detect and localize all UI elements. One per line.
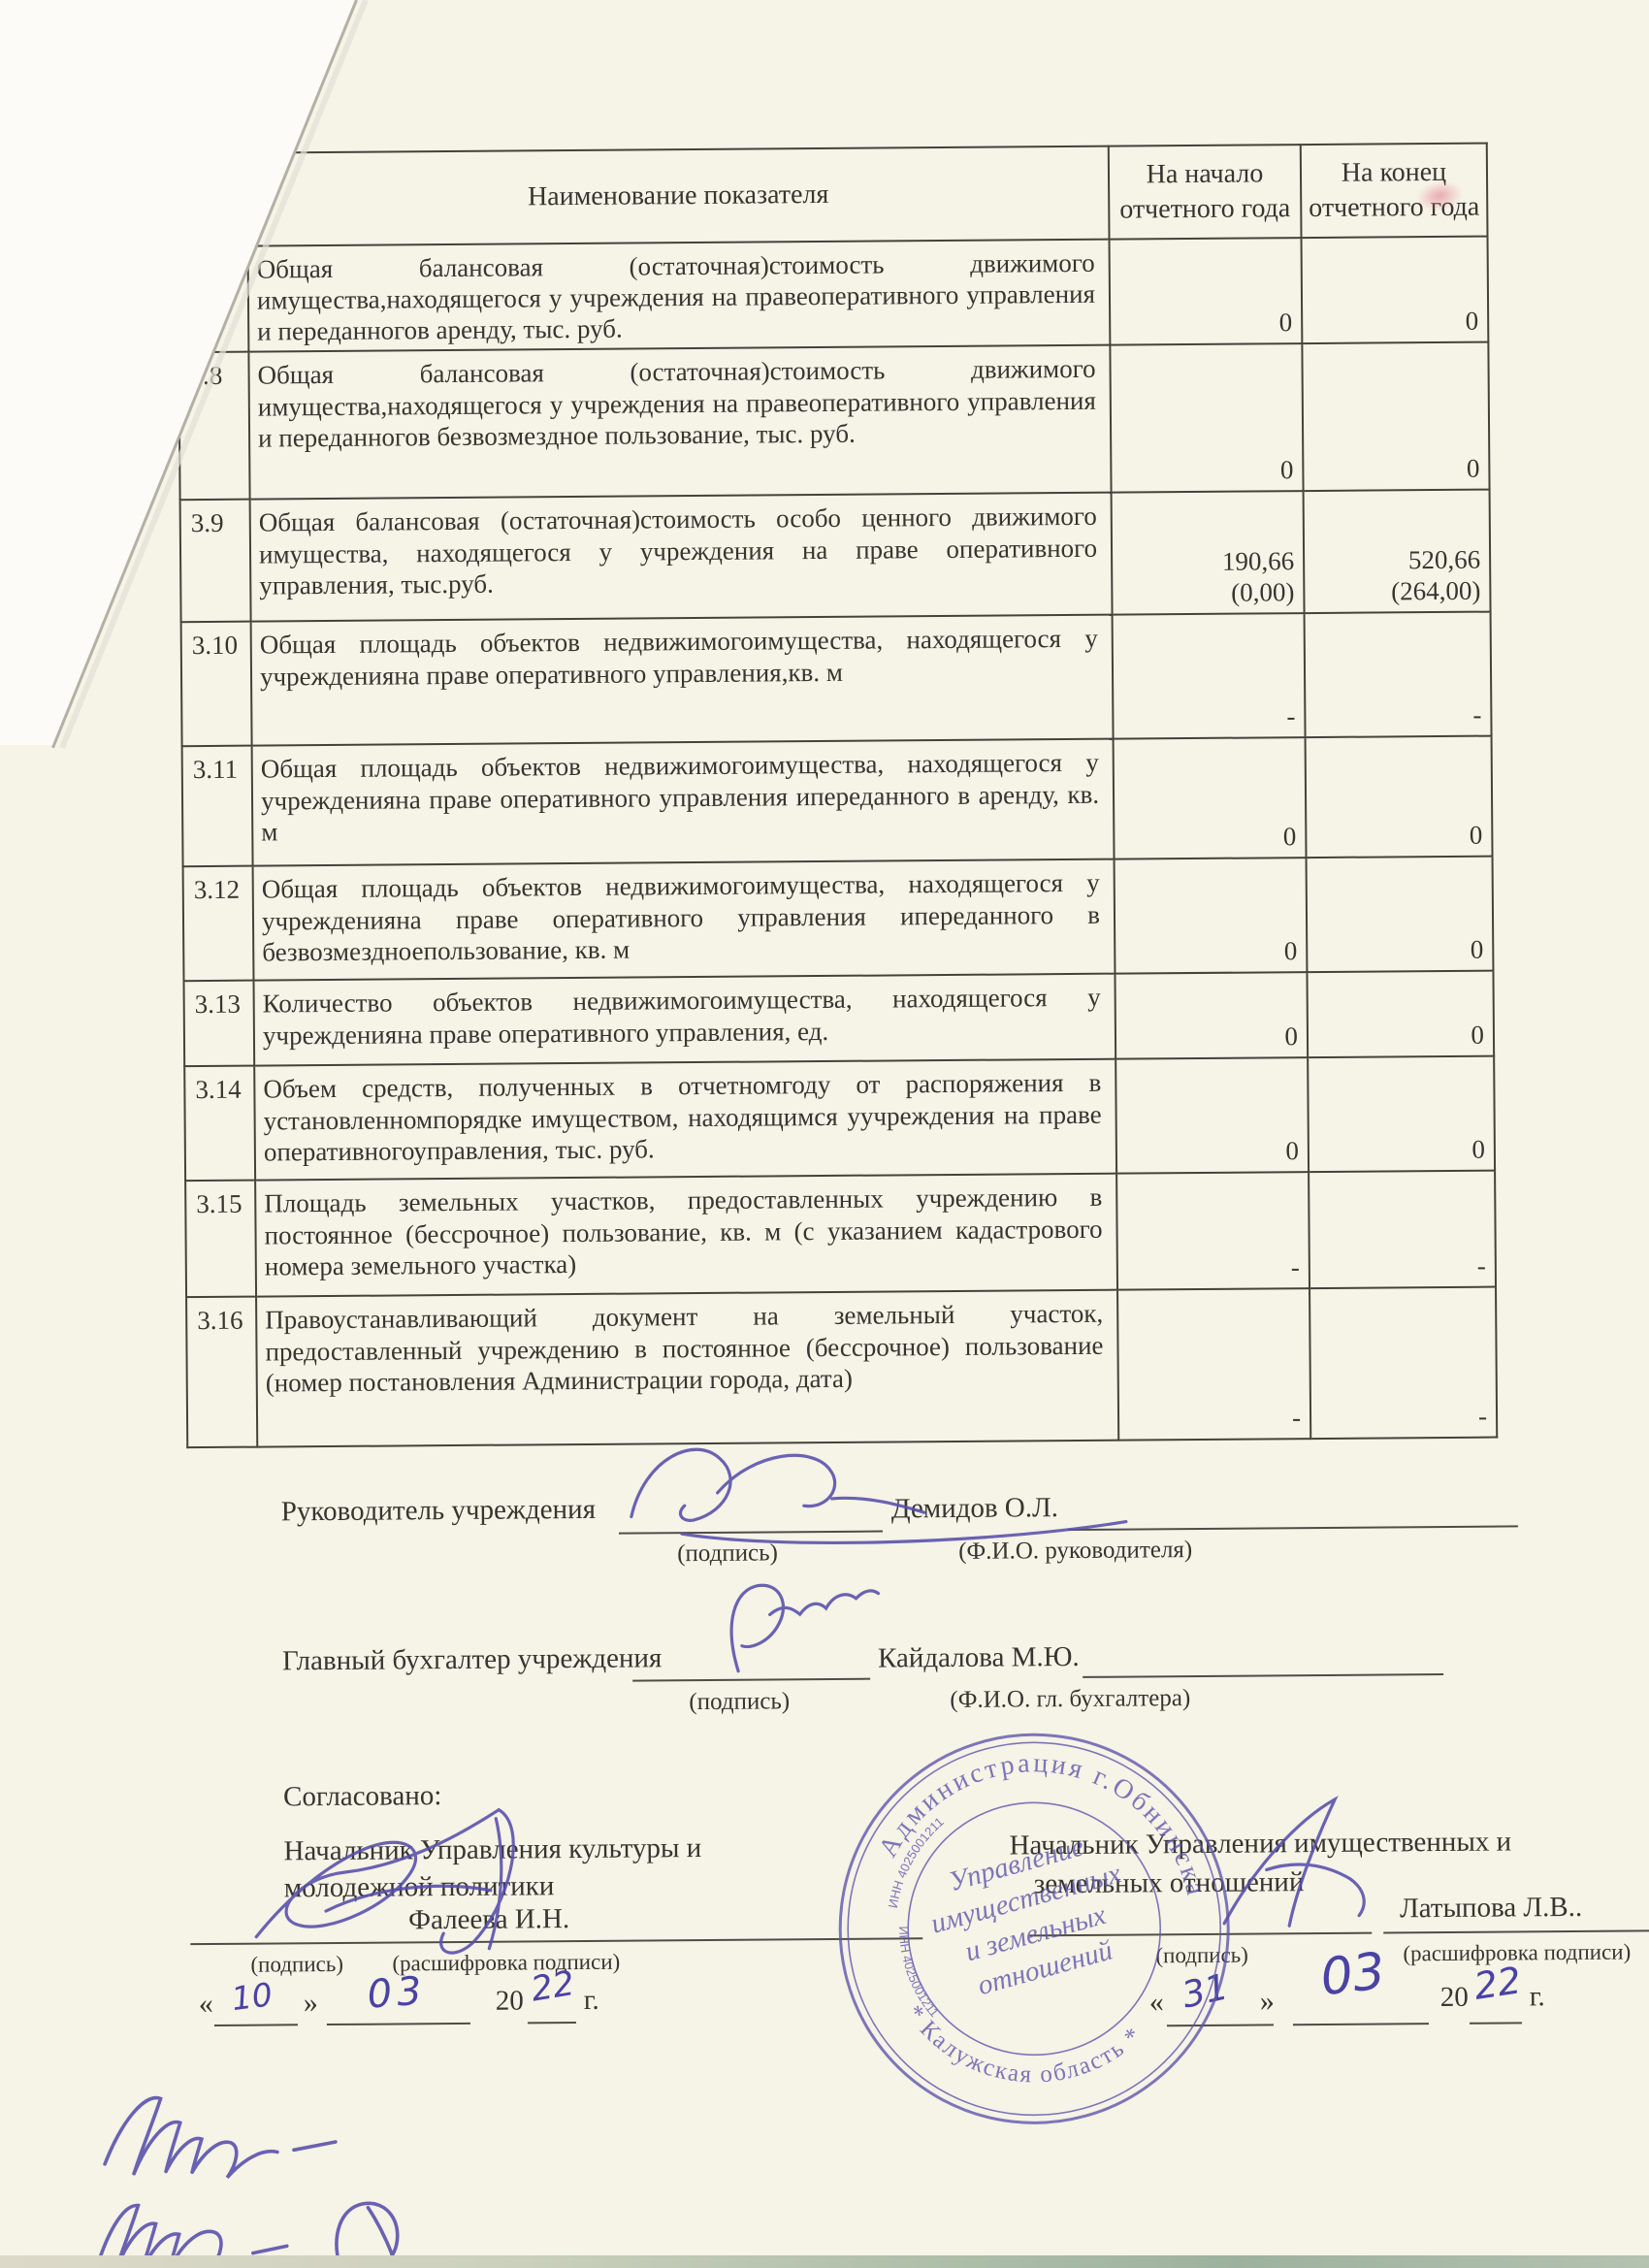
value-end-cell: 0: [1306, 736, 1493, 859]
fio-caption: (Ф.И.О. гл. бухгалтера): [950, 1685, 1190, 1714]
date-line: [214, 2024, 298, 2026]
document-content: N п/п Наименование показателя На начало …: [0, 0, 1649, 2268]
scanned-document-page: N п/п Наименование показателя На начало …: [0, 0, 1649, 2268]
indicator-name-cell: Общая балансовая (остаточная)стоимость о…: [250, 493, 1113, 622]
indicator-name-cell: Объем средств, полученных в отчетномгоду…: [254, 1059, 1116, 1181]
decryption-caption: (расшифровка подписи): [392, 1950, 620, 1977]
signature-mark-accountant: [731, 1584, 879, 1670]
signature-caption: (подпись): [677, 1539, 778, 1568]
handwritten-year: 22: [529, 1964, 578, 2010]
value-end-cell: -: [1309, 1171, 1496, 1289]
year-prefix: 20: [1440, 1982, 1469, 2014]
signature-caption: (подпись): [689, 1688, 790, 1716]
value-end-cell: 0: [1302, 342, 1489, 492]
row-number-cell: 3.14: [184, 1066, 255, 1182]
table-row: 3.8Общая балансовая (остаточная)стоимост…: [178, 342, 1489, 501]
value-begin-cell: 0: [1114, 737, 1307, 859]
date-line: [1470, 2022, 1522, 2024]
table-row: 3.15Площадь земельных участков, предоста…: [185, 1171, 1496, 1298]
director-label: Руководитель учреждения: [281, 1494, 596, 1529]
value-end-cell: -: [1309, 1287, 1497, 1440]
value-end-cell: -: [1305, 612, 1492, 738]
accountant-label: Главный бухгалтер учреждения: [282, 1642, 663, 1677]
year-prefix: 20: [496, 1985, 524, 2017]
value-end-cell: 0: [1307, 857, 1494, 973]
value-begin-cell: 190,66 (0,00): [1112, 491, 1305, 615]
indicator-name-cell: Общая балансовая (остаточная)стоимость д…: [248, 345, 1111, 500]
handwritten-note-line1: [105, 2096, 337, 2179]
table-row: 3.9Общая балансовая (остаточная)стоимост…: [180, 490, 1491, 623]
row-number-cell: 3.9: [180, 500, 251, 623]
approver-right-name: Латыпова Л.В..: [1400, 1892, 1582, 1925]
signature-line: [1083, 1673, 1443, 1678]
handwritten-day: 10: [229, 1975, 275, 2018]
value-begin-cell: 0: [1115, 972, 1308, 1059]
quote-close: »: [1260, 1985, 1275, 2018]
value-end-cell: 520,66 (264,00): [1304, 490, 1491, 614]
table-row: 3.12Общая площадь объектов недвижимогоим…: [183, 857, 1494, 982]
col-header-begin: На начало отчетного года: [1109, 145, 1302, 240]
table-row: 3.16Правоустанавливающий документ на зем…: [186, 1287, 1497, 1448]
fio-caption: (Ф.И.О. руководителя): [958, 1537, 1192, 1566]
row-number-cell: 3.10: [181, 622, 252, 747]
row-number-cell: 3.12: [183, 866, 254, 982]
value-begin-cell: 0: [1110, 343, 1303, 493]
indicator-name-cell: Общая площадь объектов недвижимогоимущес…: [253, 859, 1115, 981]
row-number-cell: 3.11: [182, 746, 253, 867]
col-header-name: Наименование показателя: [247, 146, 1110, 246]
indicator-table: N п/п Наименование показателя На начало …: [177, 143, 1498, 1449]
indicator-table-body: 3.7Общая балансовая (остаточная)стоимост…: [178, 237, 1498, 1448]
official-stamp: Администрация г.Обнинска * Калужская обл…: [824, 1719, 1245, 2139]
row-number-cell: 3.15: [185, 1181, 256, 1298]
year-suffix: г.: [1530, 1981, 1545, 2013]
value-begin-cell: 0: [1110, 238, 1303, 345]
table-row: 3.11Общая площадь объектов недвижимогоим…: [182, 736, 1493, 867]
table-row: 3.14Объем средств, полученных в отчетном…: [184, 1056, 1495, 1182]
value-begin-cell: -: [1117, 1288, 1310, 1441]
value-end-cell: 0: [1308, 1056, 1495, 1173]
date-line: [327, 2023, 470, 2025]
value-begin-cell: 0: [1115, 1057, 1309, 1174]
agreed-label: Согласовано:: [283, 1780, 442, 1813]
approver-left-title-line2: молодежной политики: [284, 1870, 555, 1904]
signature-line: [1383, 1929, 1649, 1933]
value-begin-cell: 0: [1115, 858, 1308, 974]
handwritten-month: 03: [1317, 1942, 1387, 2007]
quote-open: «: [199, 1988, 213, 2021]
accountant-name: Кайдалова М.Ю.: [878, 1641, 1080, 1675]
signature-caption: (подпись): [250, 1952, 343, 1978]
indicator-name-cell: Общая балансовая (остаточная)стоимость д…: [248, 240, 1111, 352]
value-end-cell: 0: [1302, 237, 1489, 344]
indicator-name-cell: Количество объектов недвижимогоимущества…: [253, 974, 1115, 1066]
signature-mark-approver-right: [1223, 1799, 1364, 1927]
date-line: [528, 2022, 576, 2024]
indicator-name-cell: Общая площадь объектов недвижимогоимущес…: [252, 739, 1115, 866]
handwritten-month: 03: [366, 1968, 428, 2018]
indicator-name-cell: Площадь земельных участков, предоставлен…: [255, 1174, 1117, 1297]
approver-left-title-line1: Начальник Управления культуры и: [283, 1832, 701, 1867]
table-row: 3.13Количество объектов недвижимогоимуще…: [183, 971, 1494, 1067]
signature-line: [632, 1678, 870, 1682]
signature-line: [190, 1937, 922, 1945]
indicator-name-cell: Общая площадь объектов недвижимогоимущес…: [251, 615, 1114, 746]
year-suffix: г.: [584, 1985, 599, 2017]
row-number-cell: 3.16: [186, 1297, 257, 1448]
table-header-row: N п/п Наименование показателя На начало …: [178, 144, 1488, 247]
value-begin-cell: -: [1116, 1172, 1309, 1290]
row-number-cell: 3.13: [183, 981, 254, 1067]
approver-left-name: Фалеева И.Н.: [408, 1903, 569, 1936]
value-begin-cell: -: [1113, 613, 1306, 739]
value-end-cell: 0: [1307, 971, 1494, 1058]
indicator-name-cell: Правоустанавливающий документ на земельн…: [256, 1290, 1118, 1447]
quote-close: »: [304, 1987, 318, 2020]
signature-line: [1068, 1525, 1518, 1531]
director-name: Демидов О.Л.: [891, 1492, 1058, 1525]
date-line: [1293, 2023, 1429, 2025]
table-row: 3.10Общая площадь объектов недвижимогоим…: [181, 612, 1492, 747]
scanner-bottom-strip: [0, 2255, 1649, 2268]
signature-line: [619, 1531, 883, 1535]
handwritten-year: 22: [1471, 1959, 1524, 2008]
table-row: 3.7Общая балансовая (остаточная)стоимост…: [178, 237, 1489, 353]
